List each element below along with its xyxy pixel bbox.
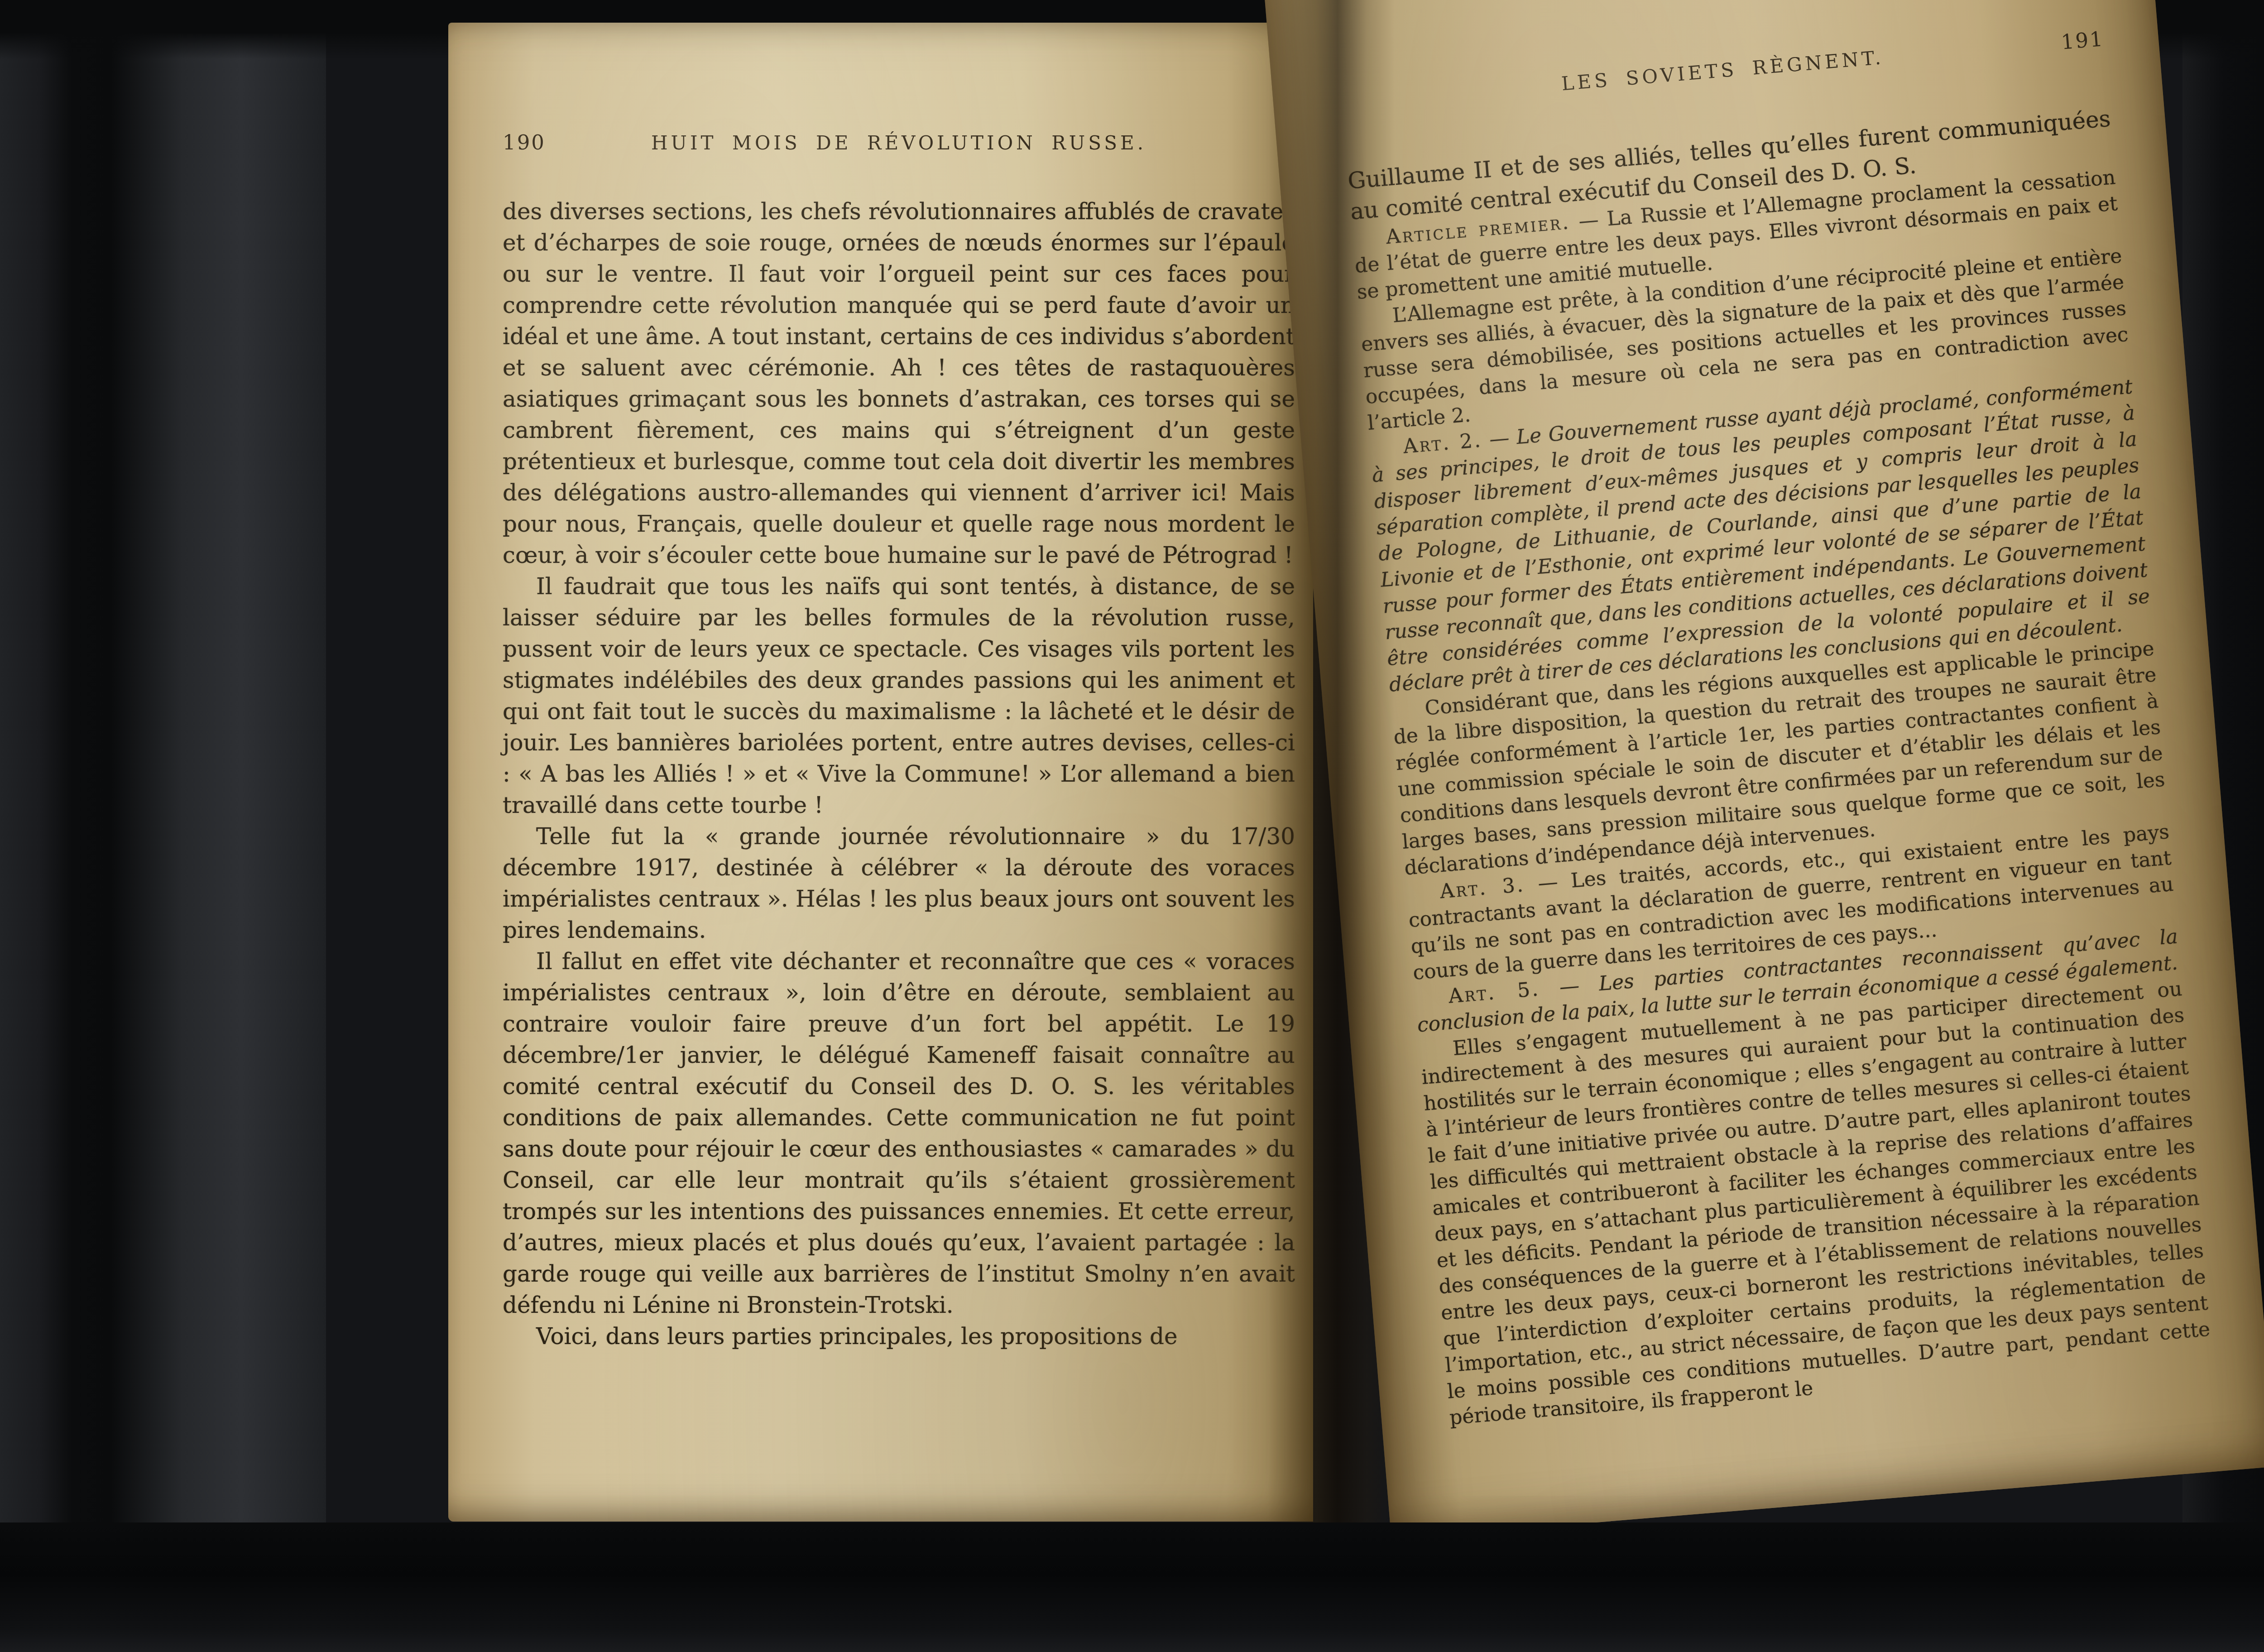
paragraph: des diverses sections, les chefs révolut… — [503, 196, 1295, 571]
left-page-header: 190 HUIT MOIS DE RÉVOLUTION RUSSE. — [503, 130, 1295, 154]
right-page-header: LES SOVIETS RÈGNENT. 191 — [1340, 27, 2105, 113]
left-page: 190 HUIT MOIS DE RÉVOLUTION RUSSE. des d… — [448, 23, 1313, 1522]
right-page-number: 191 — [2026, 27, 2105, 57]
left-running-title: HUIT MOIS DE RÉVOLUTION RUSSE. — [580, 132, 1218, 154]
paragraph: Elles s’engagent mutuellement à ne pas p… — [1418, 976, 2213, 1431]
left-page-text: des diverses sections, les chefs révolut… — [503, 196, 1295, 1352]
right-page-text: Guillaume II et de ses alliés, telles qu… — [1347, 103, 2213, 1431]
right-page: LES SOVIETS RÈGNENT. 191 Guillaume II et… — [1260, 0, 2264, 1539]
article-heading: Art. 3. — [1439, 873, 1526, 903]
background-bottom-band — [0, 1522, 2264, 1652]
paragraph: Voici, dans leurs parties principales, l… — [503, 1321, 1295, 1352]
right-running-title: LES SOVIETS RÈGNENT. — [1417, 34, 2028, 106]
paragraph: Il faudrait que tous les naïfs qui sont … — [503, 571, 1295, 821]
article-heading: Art. 5. — [1448, 977, 1541, 1008]
article-heading: Art. 2. — [1402, 429, 1483, 458]
paragraph: Il fallut en effet vite déchanter et rec… — [503, 946, 1295, 1321]
book-photo: 190 HUIT MOIS DE RÉVOLUTION RUSSE. des d… — [0, 0, 2264, 1652]
paragraph: Telle fut la « grande journée révolution… — [503, 821, 1295, 946]
left-page-number: 190 — [503, 130, 580, 154]
header-spacer — [1342, 102, 1419, 108]
